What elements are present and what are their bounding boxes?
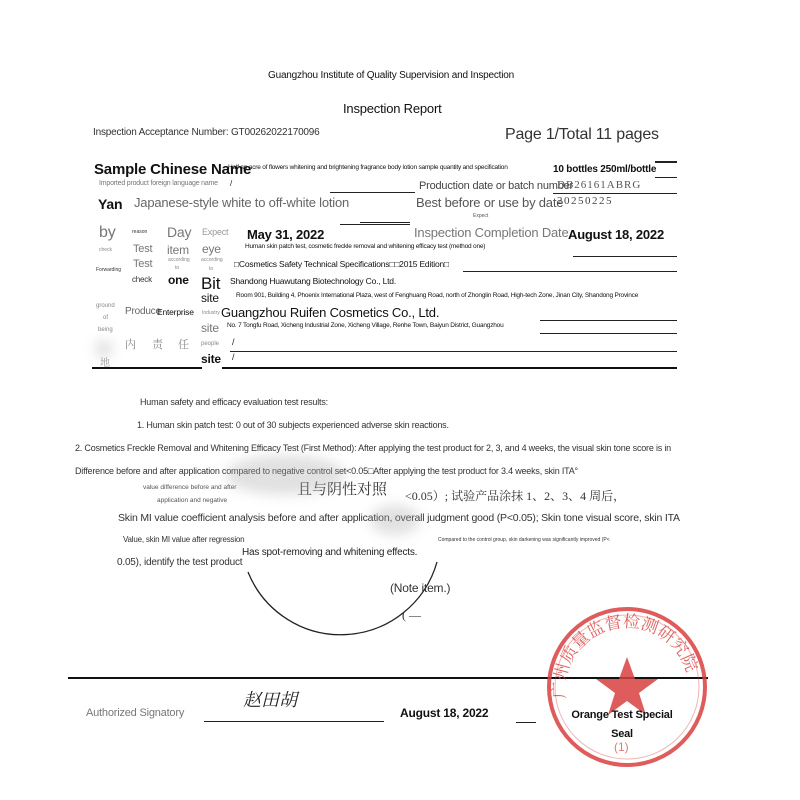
- foreign-name-value: /: [230, 179, 232, 188]
- by-label: by: [99, 224, 116, 242]
- signature: 赵田胡: [243, 686, 297, 712]
- result-identify-line: 0.05), identify the test product: [117, 557, 242, 568]
- production-batch-value: DB26161ABRG: [557, 179, 641, 191]
- appearance-value: Japanese-style white to off-white lotion: [134, 195, 349, 210]
- page-info: Page 1/Total 11 pages: [505, 126, 659, 144]
- manufacturer-address: No. 7 Tongfu Road, Xicheng Industrial Zo…: [227, 322, 504, 329]
- seal-label: Orange Test Special Seal: [566, 706, 678, 744]
- according-small-1: according: [168, 257, 190, 263]
- responsible-char-2: 责: [152, 336, 163, 352]
- result-item-1: 1. Human skin patch test: 0 out of 30 su…: [137, 420, 449, 430]
- signatory-label: Authorized Signatory: [86, 707, 184, 719]
- eye-label: eye: [202, 242, 221, 256]
- expect-label: Expect: [202, 227, 228, 237]
- acceptance-number: Inspection Acceptance Number: GT00262022…: [93, 127, 320, 138]
- manufacturer: Guangzhou Ruifen Cosmetics Co., Ltd.: [221, 305, 439, 320]
- check-label: check: [132, 275, 152, 284]
- seal-number: (1): [614, 740, 629, 754]
- industry-small: Industry: [202, 310, 220, 316]
- production-batch-label: Production date or batch number: [419, 180, 573, 192]
- responsible-value: /: [232, 337, 234, 347]
- one-label: one: [168, 273, 189, 287]
- completion-value: August 18, 2022: [568, 227, 664, 242]
- note-paren: ( —: [402, 608, 421, 623]
- footer-date: August 18, 2022: [400, 706, 488, 720]
- small-note-b: application and negative: [157, 497, 227, 504]
- foreign-name-label: Imported product foreign language name: [99, 180, 218, 187]
- to-small-1: to: [175, 265, 179, 271]
- day-label: Day: [167, 224, 191, 240]
- result-effects-line: Has spot-removing and whitening effects.: [242, 547, 417, 558]
- institute-name: Guangzhou Institute of Quality Supervisi…: [268, 70, 514, 81]
- site-label-3: site: [201, 352, 221, 366]
- responsible-char-1: 内: [125, 336, 136, 352]
- sample-name-value: Half an acre of flowers whitening and br…: [228, 164, 508, 171]
- seal-text: Orange Test Special Seal: [571, 709, 672, 740]
- according-small-2: according: [201, 257, 223, 263]
- result-compared-line: Compared to the control group, skin dark…: [438, 537, 610, 543]
- best-before-value: 20250225: [557, 195, 613, 207]
- small-note-a: value difference before and after: [143, 484, 236, 491]
- being-small: being: [98, 327, 113, 333]
- inspected-unit: Shandong Huawutang Biotechnology Co., Lt…: [230, 276, 396, 286]
- inspected-address: Room 901, Building 4, Phoenix Internatio…: [236, 292, 638, 299]
- quantity-value: 10 bottles 250ml/bottle: [553, 164, 656, 175]
- standard: □Cosmetics Safety Technical Specificatio…: [234, 259, 449, 269]
- produce-label: Produce: [125, 306, 161, 317]
- of-small: of: [103, 315, 108, 321]
- results-heading: Human safety and efficacy evaluation tes…: [140, 397, 328, 407]
- best-before-label: Best before or use by date: [416, 195, 563, 210]
- result-regression-line: Value, skin MI value after regression: [123, 535, 244, 544]
- item-label: item: [167, 243, 189, 257]
- chinese-line: <0.05）; 试验产品涂抹 1、2、3、4 周后，: [405, 487, 625, 504]
- to-small-2: to: [209, 266, 213, 272]
- expect-small: Expect: [473, 213, 488, 219]
- note-item: (Note item.): [390, 581, 450, 595]
- responsible-char-3: 任: [178, 336, 189, 352]
- result-item-2-line-1: 2. Cosmetics Freckle Removal and Whiteni…: [75, 443, 671, 453]
- ground-small: ground: [96, 303, 115, 309]
- test-label-1: Test: [133, 243, 152, 255]
- forwarding-small: Forwarding: [96, 267, 121, 273]
- check-small: check: [99, 247, 112, 253]
- test-label-2: Test: [133, 258, 152, 270]
- people-small: people: [201, 341, 219, 347]
- test-items: Human skin patch test, cosmetic freckle …: [245, 243, 485, 250]
- yan-label: Yan: [98, 196, 122, 212]
- completion-label: Inspection Completion Date: [414, 225, 569, 240]
- site-label-2: site: [201, 321, 219, 335]
- report-title: Inspection Report: [343, 101, 442, 116]
- responsible-address: /: [232, 352, 234, 362]
- site-label-1: site: [201, 291, 219, 305]
- reason-small: reason: [132, 229, 147, 235]
- received-date: May 31, 2022: [247, 227, 324, 242]
- enterprise-label: Enterprise: [157, 307, 194, 317]
